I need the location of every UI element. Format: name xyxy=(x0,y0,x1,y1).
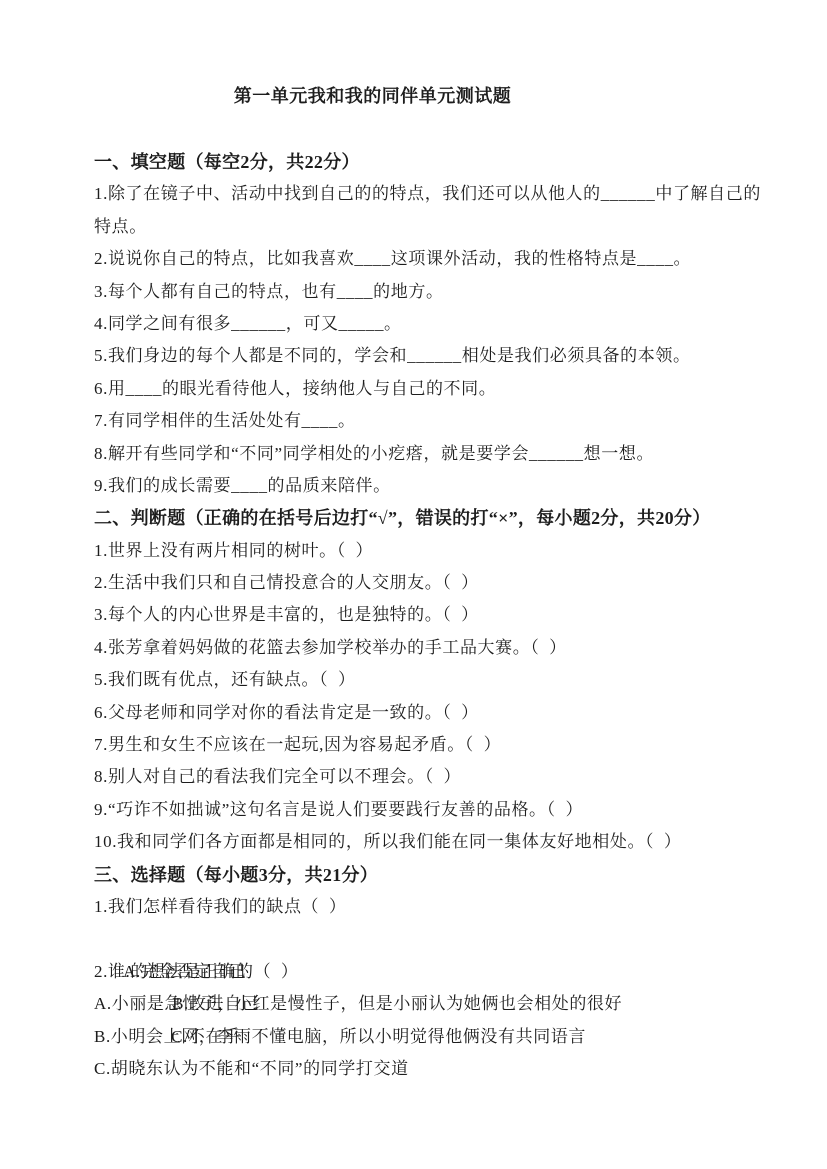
choice-q2-option-c: C.胡晓东认为不能和“不同”的同学打交道 xyxy=(94,1053,767,1085)
judge-q9: 9.“巧诈不如拙诚”这句名言是说人们要要践行友善的品格。（ ） xyxy=(94,794,767,826)
section-heading-true-false: 二、判断题（正确的在括号后边打“√”，错误的打“×”，每小题2分，共20分） xyxy=(94,502,767,534)
choice-q1-options-row: A.完全否定自己 B.改进自己 C.不在乎 xyxy=(94,923,767,955)
test-paper-page: 第一单元我和我的同伴单元测试题 一、填空题（每空2分，共22分） 1.除了在镜子… xyxy=(0,0,827,1169)
fill-q1-line1: 1.除了在镜子中、活动中找到自己的的特点，我们还可以从他人的______中了解自… xyxy=(94,178,767,210)
fill-q6: 6.用____的眼光看待他人，接纳他人与自己的不同。 xyxy=(94,373,767,405)
choice-q2-option-b: B.小明会上网，李雨不懂电脑，所以小明觉得他俩没有共同语言 xyxy=(94,1021,767,1053)
choice-q2: 2.谁.的想法是正确的（ ） xyxy=(94,956,767,988)
judge-q8: 8.别人对自己的看法我们完全可以不理会。（ ） xyxy=(94,761,767,793)
fill-q8: 8.解开有些同学和“不同”同学相处的小疙瘩，就是要学会______想一想。 xyxy=(94,438,767,470)
fill-q4: 4.同学之间有很多______，可又_____。 xyxy=(94,308,767,340)
fill-q9: 9.我们的成长需要____的品质来陪伴。 xyxy=(94,470,767,502)
judge-q7: 7.男生和女生不应该在一起玩,因为容易起矛盾。（ ） xyxy=(94,729,767,761)
judge-q6: 6.父母老师和同学对你的看法肯定是一致的。（ ） xyxy=(94,697,767,729)
choice-q1: 1.我们怎样看待我们的缺点（ ） xyxy=(94,891,767,923)
section-heading-fill-blanks: 一、填空题（每空2分，共22分） xyxy=(94,146,767,178)
fill-q7: 7.有同学相伴的生活处处有____。 xyxy=(94,405,767,437)
judge-q2: 2.生活中我们只和自己情投意合的人交朋友。（ ） xyxy=(94,567,767,599)
fill-q3: 3.每个人都有自己的特点，也有____的地方。 xyxy=(94,276,767,308)
document-title: 第一单元我和我的同伴单元测试题 xyxy=(0,84,786,108)
judge-q5: 5.我们既有优点，还有缺点。（ ） xyxy=(94,664,767,696)
fill-q1-line2: 特点。 xyxy=(94,211,767,243)
choice-q2-option-a: A.小丽是急性子，小红是慢性子，但是小丽认为她俩也会相处的很好 xyxy=(94,988,767,1020)
section-heading-multiple-choice: 三、选择题（每小题3分，共21分） xyxy=(94,859,767,891)
fill-q2: 2.说说你自己的特点，比如我喜欢____这项课外活动，我的性格特点是____。 xyxy=(94,243,767,275)
document-body: 一、填空题（每空2分，共22分） 1.除了在镜子中、活动中找到自己的的特点，我们… xyxy=(94,146,767,1085)
judge-q3: 3.每个人的内心世界是丰富的，也是独特的。（ ） xyxy=(94,599,767,631)
judge-q1: 1.世界上没有两片相同的树叶。（ ） xyxy=(94,535,767,567)
fill-q5: 5.我们身边的每个人都是不同的，学会和______相处是我们必须具备的本领。 xyxy=(94,340,767,372)
judge-q4: 4.张芳拿着妈妈做的花篮去参加学校举办的手工品大赛。（ ） xyxy=(94,632,767,664)
judge-q10: 10.我和同学们各方面都是相同的，所以我们能在同一集体友好地相处。（ ） xyxy=(94,826,767,858)
